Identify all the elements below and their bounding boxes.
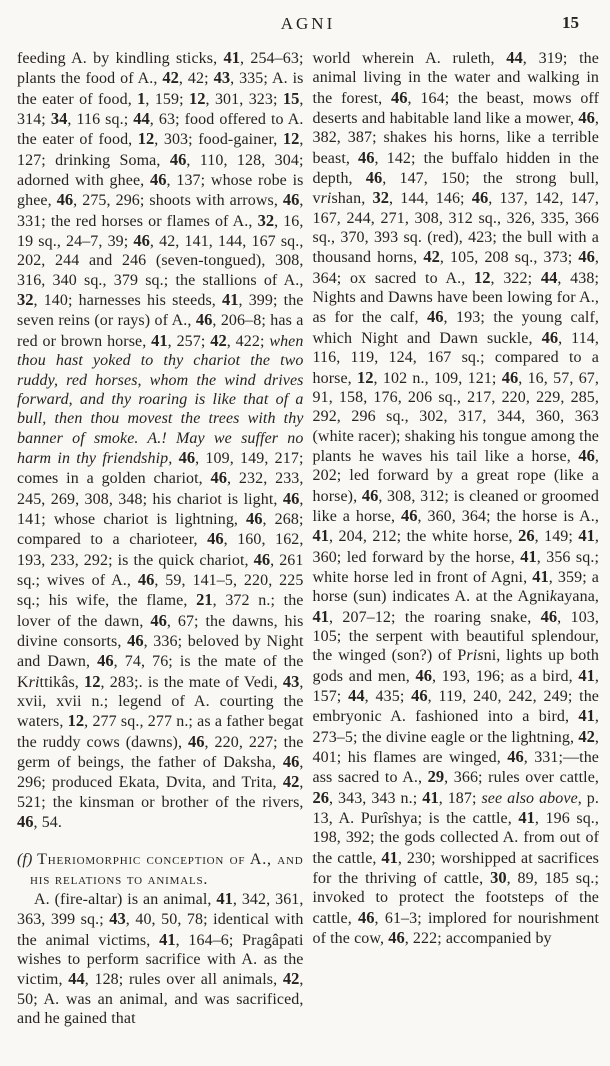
index-paragraph: A. (fire-altar) is an animal, 41, 342, 3…: [17, 889, 304, 1028]
index-paragraph: world wherein A. ruleth, 44, 319; the an…: [313, 48, 600, 948]
section-heading: (f) Theriomorphic conception of A., and …: [17, 850, 304, 889]
text-columns: feeding A. by kindling sticks, 41, 254–6…: [17, 48, 599, 1029]
right-column: world wherein A. ruleth, 44, 319; the an…: [313, 48, 600, 1029]
book-page: AGNI 15 feeding A. by kindling sticks, 4…: [0, 0, 610, 1066]
page-number: 15: [562, 13, 579, 33]
page-title: AGNI: [281, 14, 336, 34]
running-head: AGNI 15: [17, 10, 599, 40]
left-column: feeding A. by kindling sticks, 41, 254–6…: [17, 48, 304, 1029]
index-paragraph: feeding A. by kindling sticks, 41, 254–6…: [17, 48, 304, 832]
